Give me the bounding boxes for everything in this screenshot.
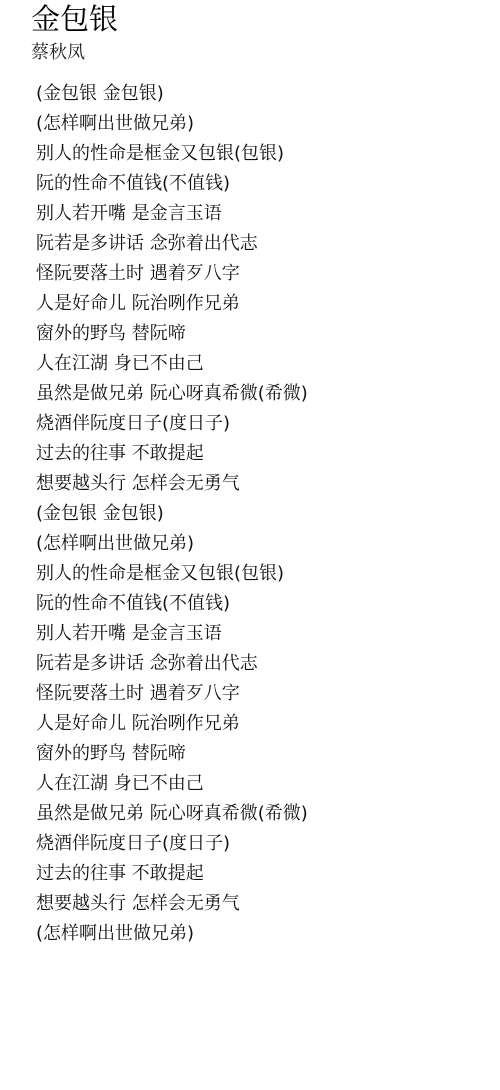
lyric-line: 人在江湖 身已不由己: [36, 349, 308, 379]
lyric-line: 阮若是多讲话 念弥着出代志: [36, 229, 308, 259]
lyric-line: (怎样啊出世做兄弟): [36, 109, 308, 139]
lyric-line: (金包银 金包银): [36, 499, 308, 529]
lyric-line: 阮的性命不值钱(不值钱): [36, 589, 308, 619]
lyric-line: 烧酒伴阮度日子(度日子): [36, 829, 308, 859]
lyric-line: 阮若是多讲话 念弥着出代志: [36, 649, 308, 679]
lyric-line: 过去的往事 不敢提起: [36, 859, 308, 889]
lyric-line: 别人若开嘴 是金言玉语: [36, 199, 308, 229]
song-artist: 蔡秋凤: [31, 40, 85, 66]
lyric-line: 人在江湖 身已不由己: [36, 769, 308, 799]
lyric-line: 别人若开嘴 是金言玉语: [36, 619, 308, 649]
lyric-line: (金包银 金包银): [36, 79, 308, 109]
lyric-line: 想要越头行 怎样会无勇气: [36, 889, 308, 919]
lyric-line: 窗外的野鸟 替阮啼: [36, 319, 308, 349]
lyric-line: 怪阮要落土时 遇着歹八字: [36, 259, 308, 289]
lyric-line: 窗外的野鸟 替阮啼: [36, 739, 308, 769]
lyric-line: 怪阮要落土时 遇着歹八字: [36, 679, 308, 709]
lyric-line: 别人的性命是框金又包银(包银): [36, 559, 308, 589]
lyric-line: 虽然是做兄弟 阮心呀真希微(希微): [36, 379, 308, 409]
lyrics-list: (金包银 金包银) (怎样啊出世做兄弟) 别人的性命是框金又包银(包银) 阮的性…: [36, 79, 308, 949]
lyric-line: 人是好命儿 阮治咧作兄弟: [36, 289, 308, 319]
lyric-line: 人是好命儿 阮治咧作兄弟: [36, 709, 308, 739]
lyric-line: (怎样啊出世做兄弟): [36, 529, 308, 559]
lyric-line: 阮的性命不值钱(不值钱): [36, 169, 308, 199]
lyric-line: 别人的性命是框金又包银(包银): [36, 139, 308, 169]
lyric-line: 想要越头行 怎样会无勇气: [36, 469, 308, 499]
lyric-line: 虽然是做兄弟 阮心呀真希微(希微): [36, 799, 308, 829]
lyric-line: (怎样啊出世做兄弟): [36, 919, 308, 949]
lyric-line: 烧酒伴阮度日子(度日子): [36, 409, 308, 439]
song-title: 金包银: [31, 0, 118, 38]
lyric-line: 过去的往事 不敢提起: [36, 439, 308, 469]
